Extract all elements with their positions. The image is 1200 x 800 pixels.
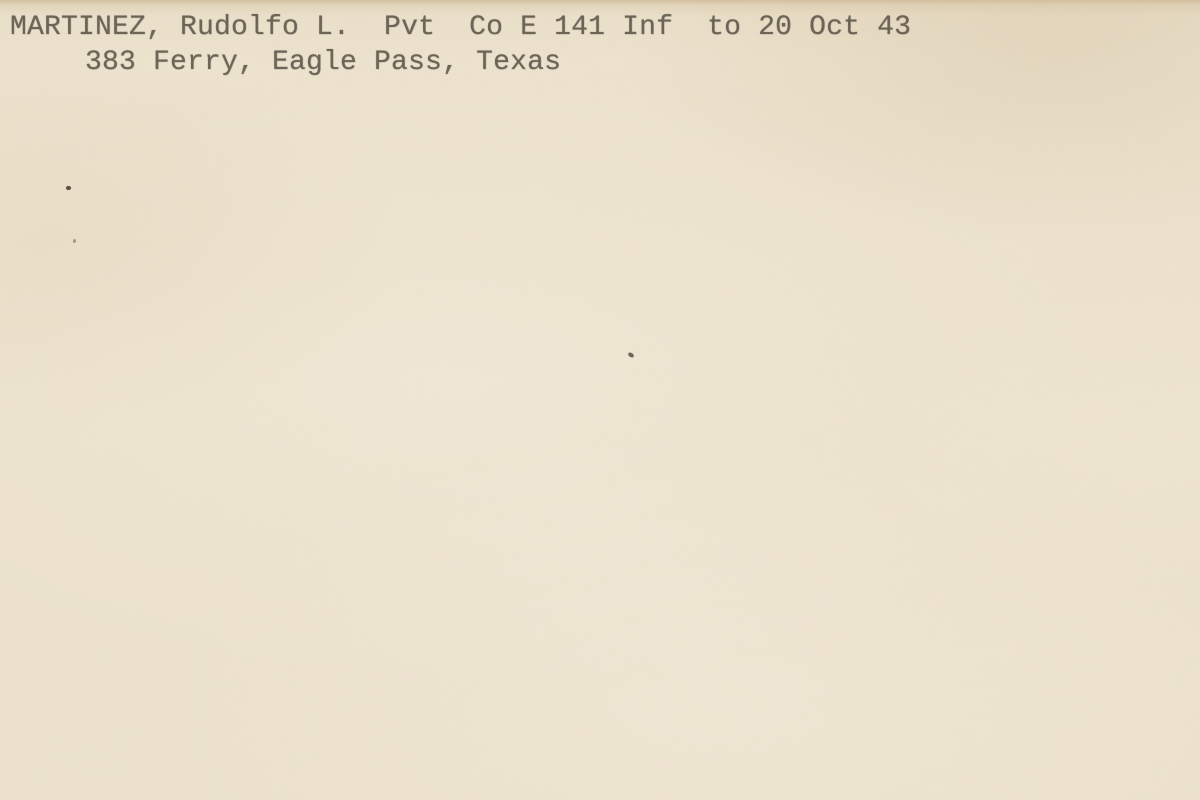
index-card-scan: MARTINEZ, Rudolfo L. Pvt Co E 141 Inf to…	[0, 0, 1200, 800]
typed-line-address: 383 Ferry, Eagle Pass, Texas	[85, 46, 561, 80]
paper-speck	[66, 186, 71, 190]
paper-speck	[627, 352, 634, 359]
paper-speck	[73, 239, 76, 243]
typed-line-name-rank-unit: MARTINEZ, Rudolfo L. Pvt Co E 141 Inf to…	[10, 11, 911, 45]
paper-grain-texture	[0, 0, 1200, 800]
